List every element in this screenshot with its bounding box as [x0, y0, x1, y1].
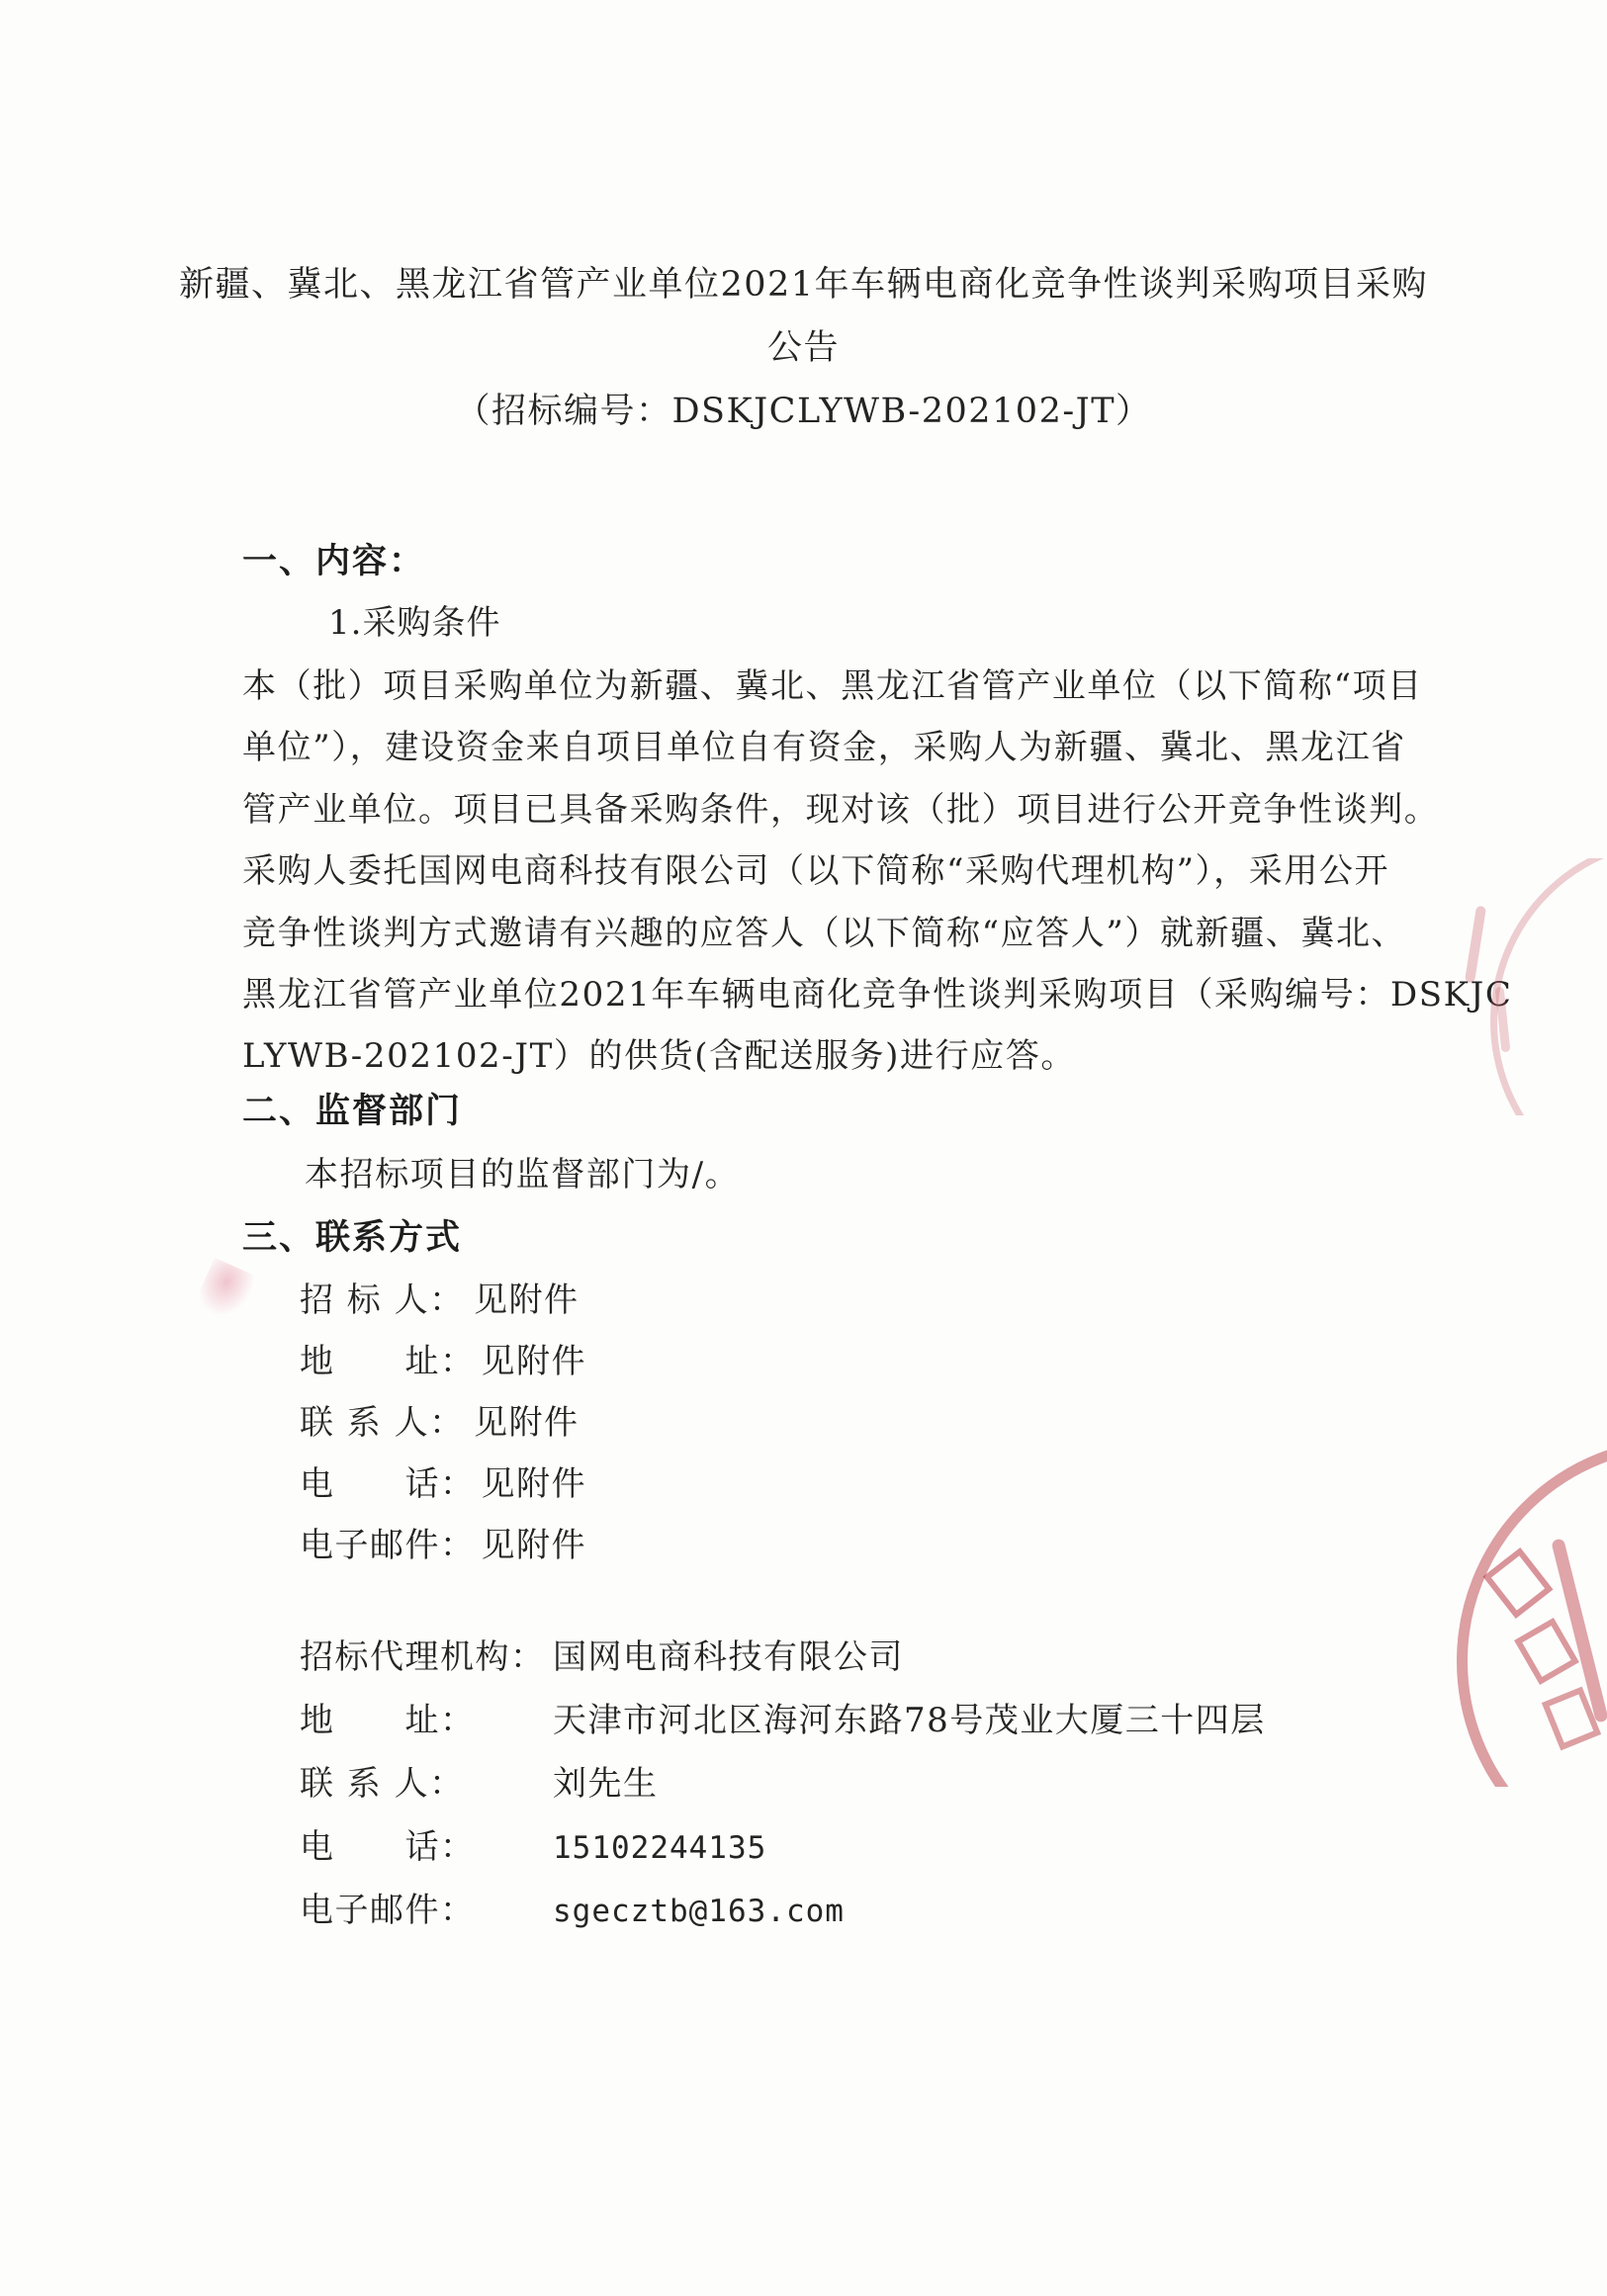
- pink-ink-smudge: [191, 1258, 261, 1331]
- agency-email-value: sgecztb@163.com: [553, 1894, 845, 1929]
- paragraph-line: LYWB-202102-JT）的供货(含配送服务)进行应答。: [242, 1025, 1439, 1087]
- tenderer-phone-row: 电 话：见附件: [300, 1461, 586, 1523]
- seal-glyph-mark: [1482, 1547, 1553, 1619]
- tenderer-contact-block: 招 标 人：见附件 地 址：见附件 联 系 人：见附件 电 话：见附件 电子邮件…: [300, 1278, 586, 1584]
- tenderer-email-row: 电子邮件：见附件: [300, 1523, 586, 1584]
- tenderer-address-label: 地 址：: [300, 1339, 476, 1384]
- agency-contact-person-row: 联 系 人：刘先生: [300, 1760, 1266, 1823]
- paragraph-line: 本（批）项目采购单位为新疆、冀北、黑龙江省管产业单位（以下简称“项目: [242, 656, 1439, 717]
- agency-contact-person-label: 联 系 人：: [300, 1760, 547, 1808]
- agency-contact-person-value: 刘先生: [553, 1764, 659, 1804]
- document-title: 新疆、冀北、黑龙江省管产业单位2021年车辆电商化竞争性谈判采购项目采购 公告 …: [0, 253, 1607, 443]
- tenderer-contact-person-row: 联 系 人：见附件: [300, 1400, 586, 1461]
- paragraph-line: 采购人委托国网电商科技有限公司（以下简称“采购代理机构”），采用公开: [242, 840, 1439, 902]
- agency-email-row: 电子邮件：sgecztb@163.com: [300, 1887, 1266, 1950]
- title-line-2: 公告: [0, 316, 1607, 380]
- tender-number: （招标编号：DSKJCLYWB-202102-JT）: [0, 380, 1607, 443]
- section-content-heading: 一、内容：: [242, 534, 425, 583]
- tenderer-name-row: 招 标 人：见附件: [300, 1278, 586, 1339]
- agency-name-label: 招标代理机构：: [300, 1634, 547, 1681]
- procurement-conditions-paragraph: 本（批）项目采购单位为新疆、冀北、黑龙江省管产业单位（以下简称“项目 单位”），…: [242, 656, 1439, 1088]
- red-seal-partial-lower-icon: [1399, 1446, 1607, 1787]
- agency-name-value: 国网电商科技有限公司: [553, 1637, 904, 1677]
- tenderer-email-label: 电子邮件：: [300, 1523, 476, 1568]
- tenderer-contact-person-value: 见附件: [474, 1403, 580, 1443]
- title-line-1: 新疆、冀北、黑龙江省管产业单位2021年车辆电商化竞争性谈判采购项目采购: [0, 253, 1607, 316]
- tenderer-phone-label: 电 话：: [300, 1461, 476, 1507]
- agency-address-row: 地 址：天津市河北区海河东路78号茂业大厦三十四层: [300, 1697, 1266, 1760]
- tenderer-address-value: 见附件: [482, 1342, 587, 1381]
- tenderer-name-value: 见附件: [474, 1280, 580, 1320]
- supervision-body: 本招标项目的监督部门为/。: [305, 1147, 740, 1195]
- tenderer-address-row: 地 址：见附件: [300, 1339, 586, 1400]
- seal-glyph-mark: [1514, 1618, 1579, 1685]
- tenderer-phone-value: 见附件: [482, 1464, 587, 1504]
- agency-address-value: 天津市河北区海河东路78号茂业大厦三十四层: [553, 1701, 1266, 1740]
- section-contact-heading: 三、联系方式: [242, 1210, 462, 1260]
- procurement-conditions-subheading: 1.采购条件: [328, 595, 500, 644]
- agency-phone-row: 电 话：15102244135: [300, 1823, 1266, 1887]
- seal-stroke: [1465, 906, 1486, 984]
- agency-phone-value: 15102244135: [553, 1830, 766, 1866]
- tenderer-email-value: 见附件: [482, 1526, 587, 1565]
- seal-stroke: [1551, 1538, 1607, 1723]
- tenderer-contact-person-label: 联 系 人：: [300, 1400, 468, 1446]
- section-supervision-heading: 二、监督部门: [242, 1084, 462, 1133]
- tenderer-name-label: 招 标 人：: [300, 1278, 468, 1323]
- paragraph-line: 竞争性谈判方式邀请有兴趣的应答人（以下简称“应答人”）就新疆、冀北、: [242, 903, 1439, 964]
- agency-email-label: 电子邮件：: [300, 1887, 547, 1934]
- paragraph-line: 单位”），建设资金来自项目单位自有资金，采购人为新疆、冀北、黑龙江省: [242, 717, 1439, 778]
- paragraph-line: 黑龙江省管产业单位2021年车辆电商化竞争性谈判采购项目（采购编号：DSKJC: [242, 964, 1439, 1025]
- agency-contact-block: 招标代理机构：国网电商科技有限公司 地 址：天津市河北区海河东路78号茂业大厦三…: [300, 1634, 1266, 1950]
- seal-arc: [1457, 1446, 1607, 1787]
- agency-address-label: 地 址：: [300, 1697, 547, 1744]
- document-page: 新疆、冀北、黑龙江省管产业单位2021年车辆电商化竞争性谈判采购项目采购 公告 …: [0, 0, 1607, 2296]
- paragraph-line: 管产业单位。项目已具备采购条件，现对该（批）项目进行公开竞争性谈判。: [242, 779, 1439, 840]
- agency-name-row: 招标代理机构：国网电商科技有限公司: [300, 1634, 1266, 1697]
- seal-glyph-mark: [1542, 1687, 1601, 1751]
- agency-phone-label: 电 话：: [300, 1823, 547, 1871]
